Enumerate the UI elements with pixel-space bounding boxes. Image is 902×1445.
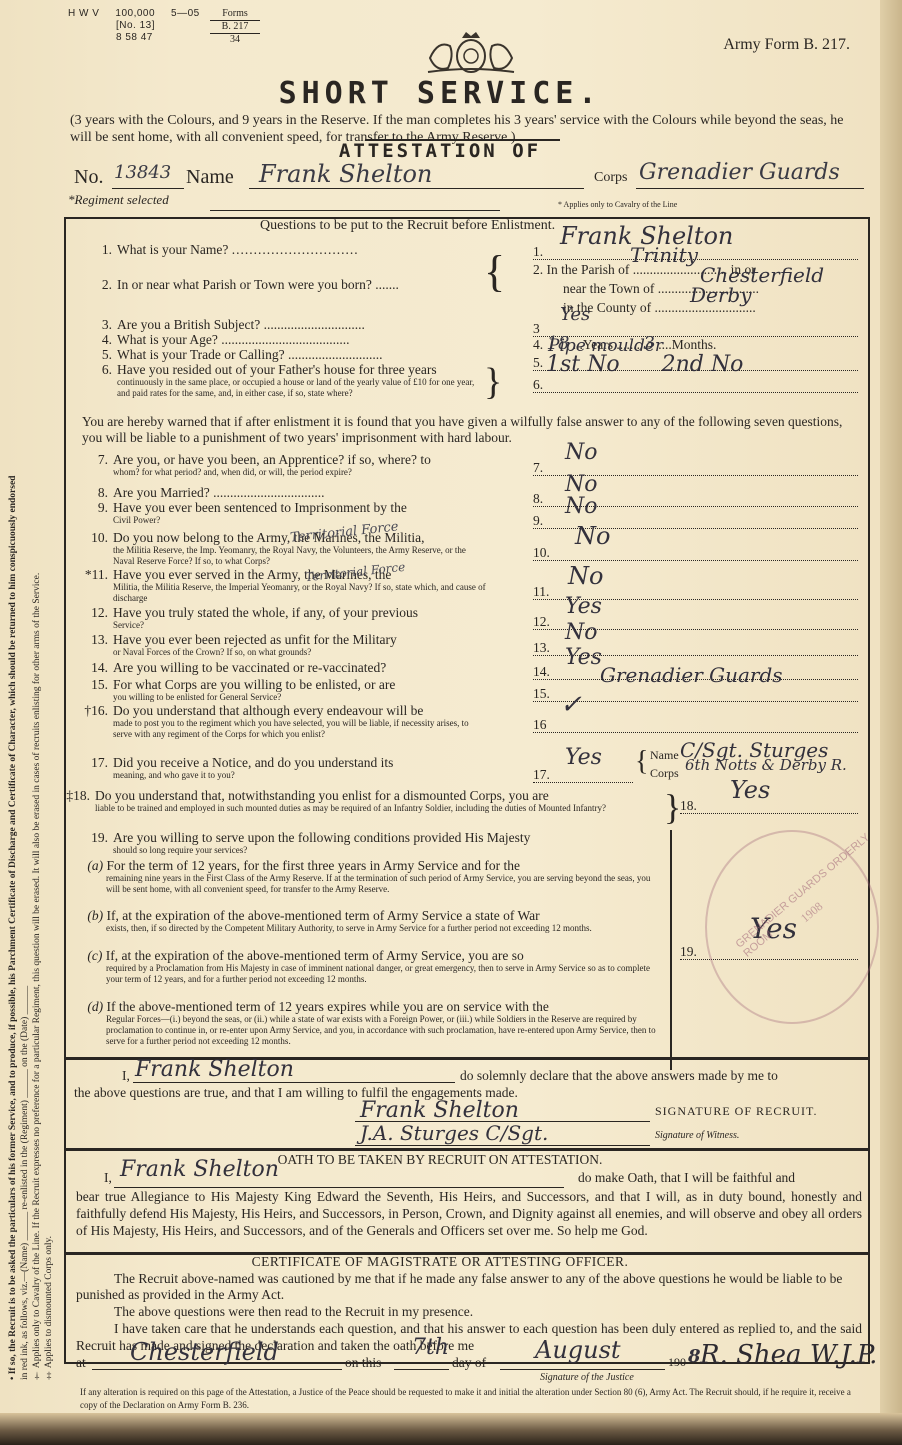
forms-number: B. 217 [210,21,260,34]
name-label: Name [186,166,234,189]
condition-a: (a) For the term of 12 years, for the fi… [84,858,664,895]
page-bottom-edge [0,1413,902,1445]
print-code-line3: 8 58 47 [68,32,200,44]
page-edge [880,0,902,1445]
side-note-4: ‡ Applies to dismounted Corps only. [44,150,54,1380]
underline [394,1369,449,1370]
side-note-2: in red ink, as follows, viz.—(Name) ____… [20,150,30,1380]
form-title: SHORT SERVICE. [0,76,880,111]
declaration-text-1: do solemnly declare that the above answe… [460,1068,778,1084]
print-code-line2: [No. 13] [68,20,200,32]
brace: { [635,742,648,782]
regiment-selected-label: *Regiment selected [68,192,169,208]
service-number-field[interactable]: 13843 [114,162,171,183]
question-2: 2.In or near what Parish or Town were yo… [82,277,399,292]
army-form-number: Army Form B. 217. [723,36,850,54]
print-code: H W V100,0005—05 [No. 13] 8 58 47 [68,8,200,44]
question-3: 3.Are you a British Subject? ...........… [82,317,365,332]
question-11: *11.Have you ever served in the Army, th… [78,567,488,604]
day-of-label: day of [452,1355,486,1371]
divider [64,1148,870,1151]
declaration-name-field[interactable]: Frank Shelton [135,1057,294,1082]
question-17: 17.Did you receive a Notice, and do you … [78,755,488,781]
brace: } [664,785,681,829]
witness-signature-label: Signature of Witness. [655,1130,739,1141]
answer-13-field[interactable]: No [565,620,598,645]
question-16: †16.Do you understand that although ever… [78,703,488,740]
warning-text: You are hereby warned that if after enli… [82,414,858,446]
forms-label: Forms [210,8,260,21]
corps-label: Corps [594,170,627,186]
question-19: 19.Are you willing to serve upon the fol… [78,830,668,856]
attestation-title: ATTESTATION OF [0,140,880,162]
print-code-3: 5—05 [171,8,200,20]
year-field[interactable]: 8 [688,1346,701,1367]
question-12: 12.Have you truly stated the whole, if a… [78,605,488,631]
answer-7-field[interactable]: No [565,440,598,465]
place-field[interactable]: Chesterfield [130,1338,279,1366]
declaration-i-label: I, [122,1068,130,1084]
answer-6-field[interactable]: 1st No 2nd No [546,352,743,377]
question-15: 15.For what Corps are you willing to be … [78,677,488,703]
print-code-2: 100,000 [115,8,155,20]
question-1: 1.What is your Name? ...................… [82,242,359,257]
answer-10-field[interactable]: No [575,522,610,550]
recruit-signature-field[interactable]: Frank Shelton [360,1098,519,1123]
footer-note: If any alteration is required on this pa… [80,1386,870,1412]
question-9: 9.Have you ever been sentenced to Impris… [78,500,488,526]
answer-3-field[interactable]: Yes [560,304,590,325]
at-label: at [76,1355,86,1371]
question-18: ‡18.Do you understand that, notwithstand… [60,788,670,814]
answer-18-field[interactable]: Yes [730,776,770,804]
oath-name-field[interactable]: Frank Shelton [120,1157,279,1182]
answer-2-parish-field[interactable]: Trinity [630,243,698,267]
condition-b: (b) If, at the expiration of the above-m… [84,908,664,934]
question-4: 4.What is your Age? ....................… [82,332,349,347]
oath-text-1: do make Oath, that I will be faithful an… [578,1170,795,1186]
answer-17-field[interactable]: Yes [565,745,602,770]
side-note-1: • If so, the Recruit is to be asked the … [8,150,18,1380]
underline [355,1145,650,1146]
name-field[interactable]: Frank Shelton [259,160,432,188]
witness-signature-field[interactable]: J.A. Sturges C/Sgt. [360,1121,548,1145]
side-note-3: † Applies only to Cavalry of the Line. I… [32,150,42,1380]
identity-row: No. 13843 Name Frank Shelton Corps Grena… [74,160,864,194]
no-label: No. [74,166,103,189]
answer-14-field[interactable]: Yes [565,645,602,670]
question-10: 10.Do you now belong to the Army, the Ma… [78,530,488,567]
royal-crest-icon [410,28,532,76]
question-5: 5.What is your Trade or Calling? .......… [82,347,382,362]
month-field[interactable]: August [535,1336,621,1364]
notice-corps-label: Corps [650,766,679,781]
brace: } [484,360,502,404]
question-8: 8.Are you Married? .....................… [78,485,488,500]
day-field[interactable]: 7th [412,1335,449,1360]
year-prefix: 190 [668,1355,686,1370]
certificate-p1: The Recruit above-named was cautioned by… [76,1271,862,1303]
justice-signature-label: Signature of the Justice [540,1372,634,1383]
answer-16-checkmark[interactable]: ✓ [560,690,582,720]
oath-text-2: bear true Allegiance to His Majesty King… [76,1188,862,1239]
notice-corps-field[interactable]: 6th Notts & Derby R. [685,756,847,774]
notice-name-label: Name [650,748,679,763]
justice-signature-field[interactable]: R. Shea W.J.P. [700,1340,877,1370]
recruit-signature-label: SIGNATURE OF RECRUIT. [655,1104,817,1119]
oath-i-label: I, [104,1170,112,1186]
answer-2-county-field[interactable]: Derby [690,283,752,307]
question-7: 7.Are you, or have you been, an Apprenti… [78,452,488,478]
condition-d: (d) If the above-mentioned term of 12 ye… [84,999,664,1047]
underline [133,1082,455,1083]
answer-11-field[interactable]: No [568,562,603,590]
corps-field[interactable]: Grenadier Guards [639,160,840,185]
question-14: 14.Are you willing to be vaccinated or r… [78,660,488,675]
condition-c: (c) If, at the expiration of the above-m… [84,948,664,985]
answer-15-field[interactable]: Grenadier Guards [600,663,783,687]
underline [500,1369,665,1370]
questions-heading: Questions to be put to the Recruit befor… [260,218,555,234]
answer-6-line: 6. [533,377,858,393]
underline [92,1369,342,1370]
divider [670,830,672,1070]
answer-12-field[interactable]: Yes [565,594,602,619]
question-6: 6.Have you resided out of your Father's … [82,362,487,399]
certificate-p2: The above questions were then read to th… [76,1304,862,1320]
forms-sub: 34 [210,34,260,46]
answer-9-field[interactable]: No [565,494,598,519]
regiment-selected-field[interactable] [210,210,500,211]
applies-note: * Applies only to Cavalry of the Line [558,200,677,209]
print-code-1: H W V [68,8,99,20]
forms-ref: Forms B. 217 34 [210,8,260,46]
on-this-label: on this [345,1355,381,1371]
side-notes: • If so, the Recruit is to be asked the … [2,150,60,1380]
certificate-heading: CERTIFICATE OF MAGISTRATE OR ATTESTING O… [0,1254,880,1270]
brace: { [484,250,505,294]
question-13: 13.Have you ever been rejected as unfit … [78,632,488,658]
